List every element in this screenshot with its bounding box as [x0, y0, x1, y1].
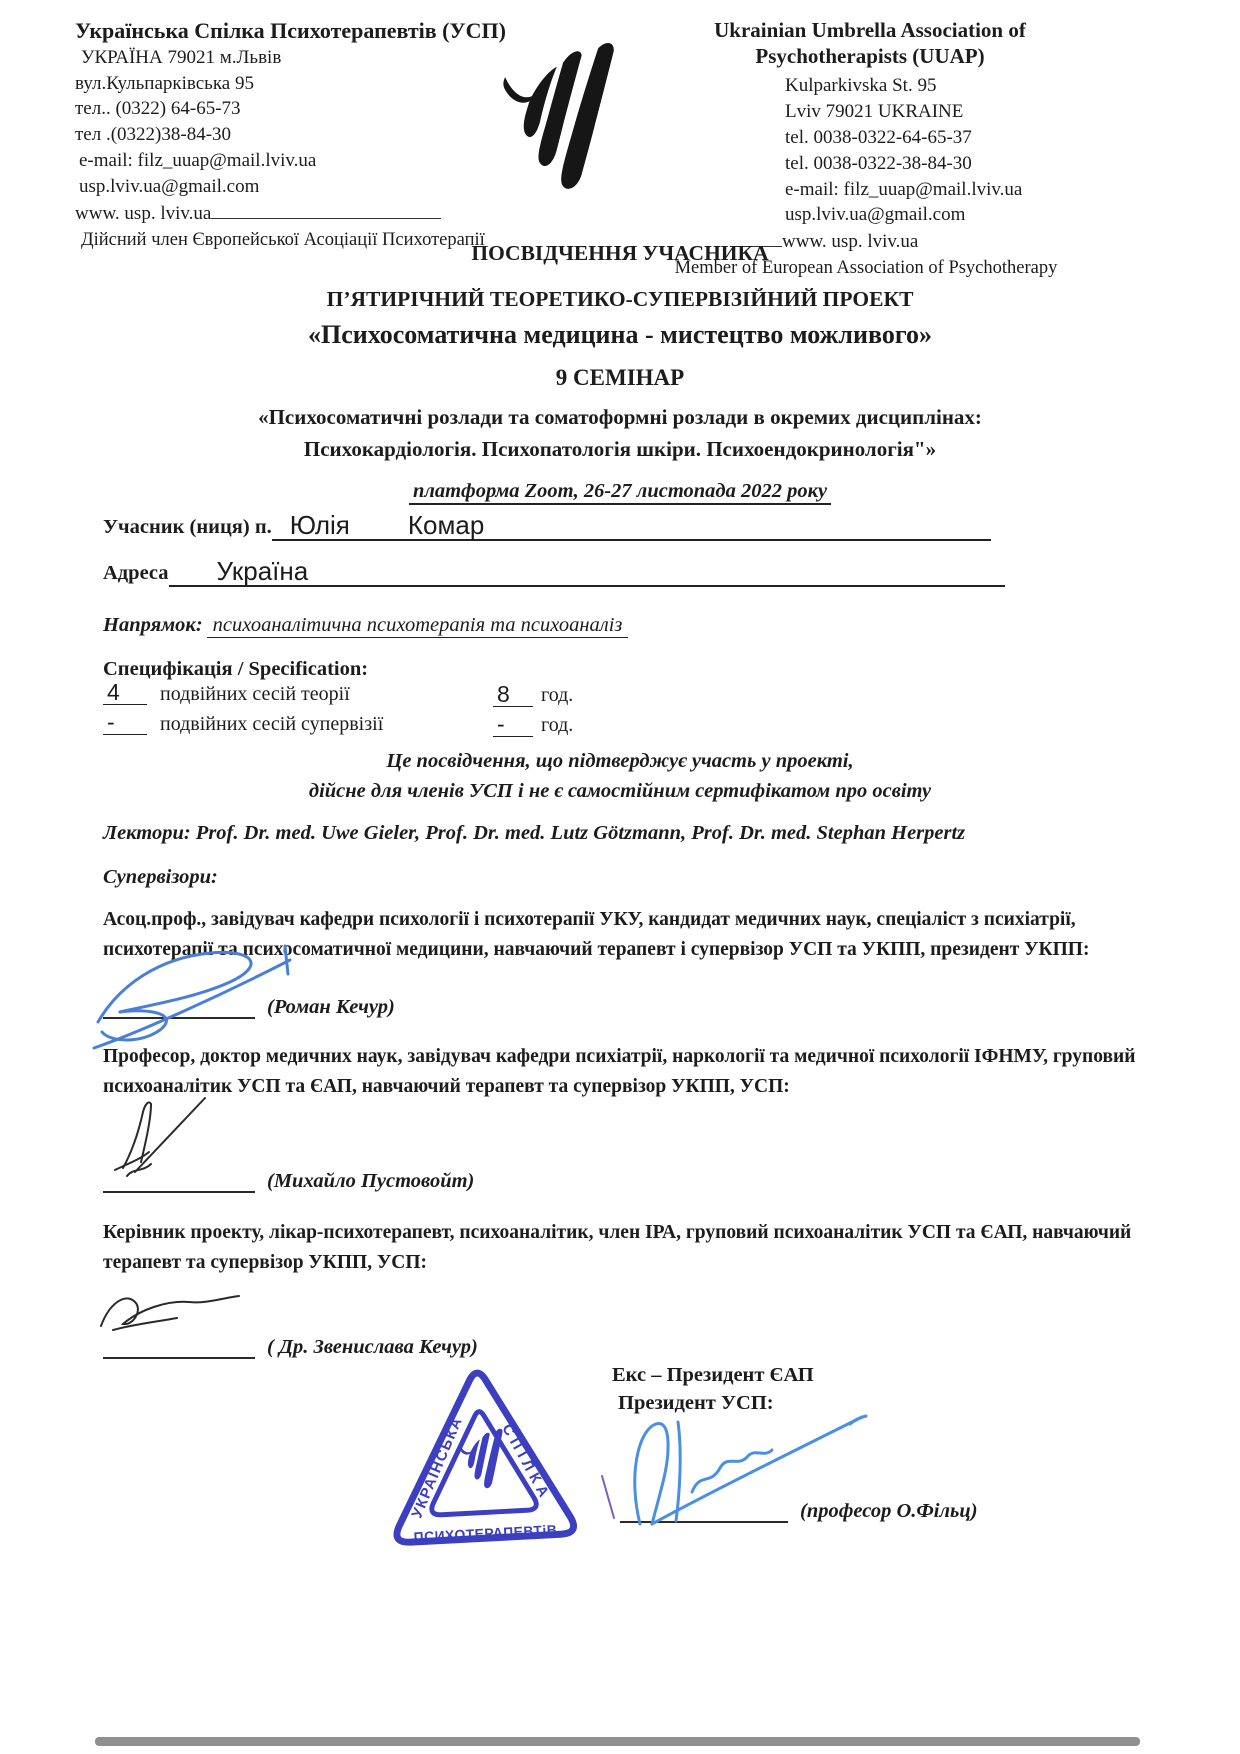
supervision-hours-value: - — [493, 713, 533, 737]
participant-first-name: Юлія — [290, 510, 350, 540]
platform-date: платформа Zoom, 26-27 листопада 2022 рок… — [0, 480, 1240, 503]
validity-statement: Це посвідчення, що підтверджує участь у … — [0, 746, 1240, 807]
specification-heading: Специфікація / Specification: — [103, 658, 723, 681]
participant-row: Учасник (ниця) п. ЮліяКомар — [103, 512, 991, 541]
hours-unit-label: год. — [541, 684, 573, 707]
specification-row: 4 подвійних сесій теорії 8 год. — [103, 681, 723, 711]
supervision-sessions-count: - — [103, 711, 147, 735]
org-email-line: e-mail: filz_uuap@mail.lviv.ua — [75, 148, 525, 174]
supervisor-name: ( Др. Звенислава Кечур) — [267, 1336, 478, 1359]
blank-line — [211, 200, 441, 219]
org-email-line: e-mail: filz_uuap@mail.lviv.ua — [785, 177, 1080, 203]
address-field: Україна — [169, 558, 1005, 587]
seminar-number: 9 СЕМІНАР — [0, 365, 1240, 391]
ex-president-line: Екс – Президент ЄАП — [612, 1362, 814, 1390]
org-site-line: www. usp. lviv.ua — [75, 200, 525, 227]
certificate-page: Українська Спілка Психотерапевтів (УСП) … — [0, 0, 1240, 1754]
org-email-line: usp.lviv.ua@gmail.com — [785, 202, 1080, 228]
svg-text:УКРАЇНСЬКА: УКРАЇНСЬКА — [404, 1414, 471, 1522]
signature-roman-kechur — [88, 942, 323, 1060]
document-title: ПОСВІДЧЕННЯ УЧАСНИКА — [0, 241, 1240, 266]
org-name-ua: Українська Спілка Психотерапевтів (УСП) — [75, 18, 525, 45]
org-name-en: Ukrainian Umbrella Association of Psycho… — [660, 18, 1080, 69]
org-phone-line: тел .(0322)38-84-30 — [75, 122, 525, 148]
stamp-text-left: УКРАЇНСЬКА — [404, 1414, 471, 1522]
supervisors-heading: Супервізори: — [103, 866, 218, 889]
theory-sessions-label: подвійних сесій теорії — [160, 683, 350, 705]
header-right-block: Ukrainian Umbrella Association of Psycho… — [660, 18, 1080, 279]
signature-zvenyslava-kechur — [95, 1284, 250, 1342]
org-email-line: usp.lviv.ua@gmail.com — [75, 174, 525, 200]
org-address-line: Lviv 79021 UKRAINE — [785, 99, 1080, 125]
statement-line1: Це посвідчення, що підтверджує участь у … — [0, 746, 1240, 776]
seminar-title-line2: Психокардіологія. Психопатологія шкіри. … — [0, 434, 1240, 466]
theory-sessions-count: 4 — [103, 681, 147, 705]
org-phone-line: tel. 0038-0322-38-84-30 — [785, 151, 1080, 177]
specification-row: - подвійних сесій супервізії - год. — [103, 711, 723, 741]
org-phone-line: тел.. (0322) 64-65-73 — [75, 96, 525, 122]
statement-line2: дійсне для членів УСП і не є самостійним… — [0, 776, 1240, 806]
signature-o-filts — [598, 1406, 890, 1534]
org-address-line: Kulparkivska St. 95 — [785, 73, 1080, 99]
direction-row: Напрямок: психоаналітична психотерапія т… — [103, 614, 628, 637]
address-row: Адреса Україна — [103, 558, 1005, 587]
signature-mykhailo-pustovoit — [105, 1088, 225, 1184]
project-line: П’ЯТИРІЧНИЙ ТЕОРЕТИКО-СУПЕРВІЗІЙНИЙ ПРОЕ… — [0, 287, 1240, 312]
theory-hours-value: 8 — [493, 683, 533, 707]
lecturers-line: Лектори: Prof. Dr. med. Uwe Gieler, Prof… — [103, 822, 965, 845]
participant-last-name: Комар — [408, 510, 484, 540]
specification-block: Специфікація / Specification: 4 подвійни… — [103, 658, 723, 741]
participant-field: ЮліяКомар — [272, 512, 991, 541]
supervisor-description: Керівник проекту, лікар-психотерапевт, п… — [103, 1218, 1148, 1279]
direction-value: психоаналітична психотерапія та психоана… — [207, 614, 629, 638]
project-name: «Психосоматична медицина - мистецтво мож… — [0, 320, 1240, 350]
address-value: Україна — [217, 556, 309, 586]
address-label: Адреса — [103, 562, 169, 587]
supervision-sessions-label: подвійних сесій супервізії — [160, 713, 383, 735]
seminar-title: «Психосоматичні розлади та соматоформні … — [0, 402, 1240, 466]
direction-label: Напрямок: — [103, 614, 203, 636]
participant-label: Учасник (ниця) п. — [103, 516, 272, 541]
header-left-block: Українська Спілка Психотерапевтів (УСП) … — [75, 18, 525, 251]
scan-edge-artifact — [95, 1737, 1140, 1746]
hours-unit-label: год. — [541, 714, 573, 737]
association-stamp: УКРАЇНСЬКА СПІЛКА ПСИХОТЕРАПЕВТіВ — [378, 1359, 587, 1577]
supervisor-name: (Михайло Пустовойт) — [267, 1170, 474, 1193]
seminar-title-line1: «Психосоматичні розлади та соматоформні … — [0, 402, 1240, 434]
org-address-line: вул.Кульпарківська 95 — [75, 71, 525, 97]
stamp-text-right: СПІЛКА — [498, 1420, 554, 1506]
org-logo-icon — [497, 42, 625, 197]
org-phone-line: tel. 0038-0322-64-65-37 — [785, 125, 1080, 151]
org-address-line: УКРАЇНА 79021 м.Львів — [75, 45, 525, 71]
svg-text:СПІЛКА: СПІЛКА — [498, 1420, 554, 1506]
